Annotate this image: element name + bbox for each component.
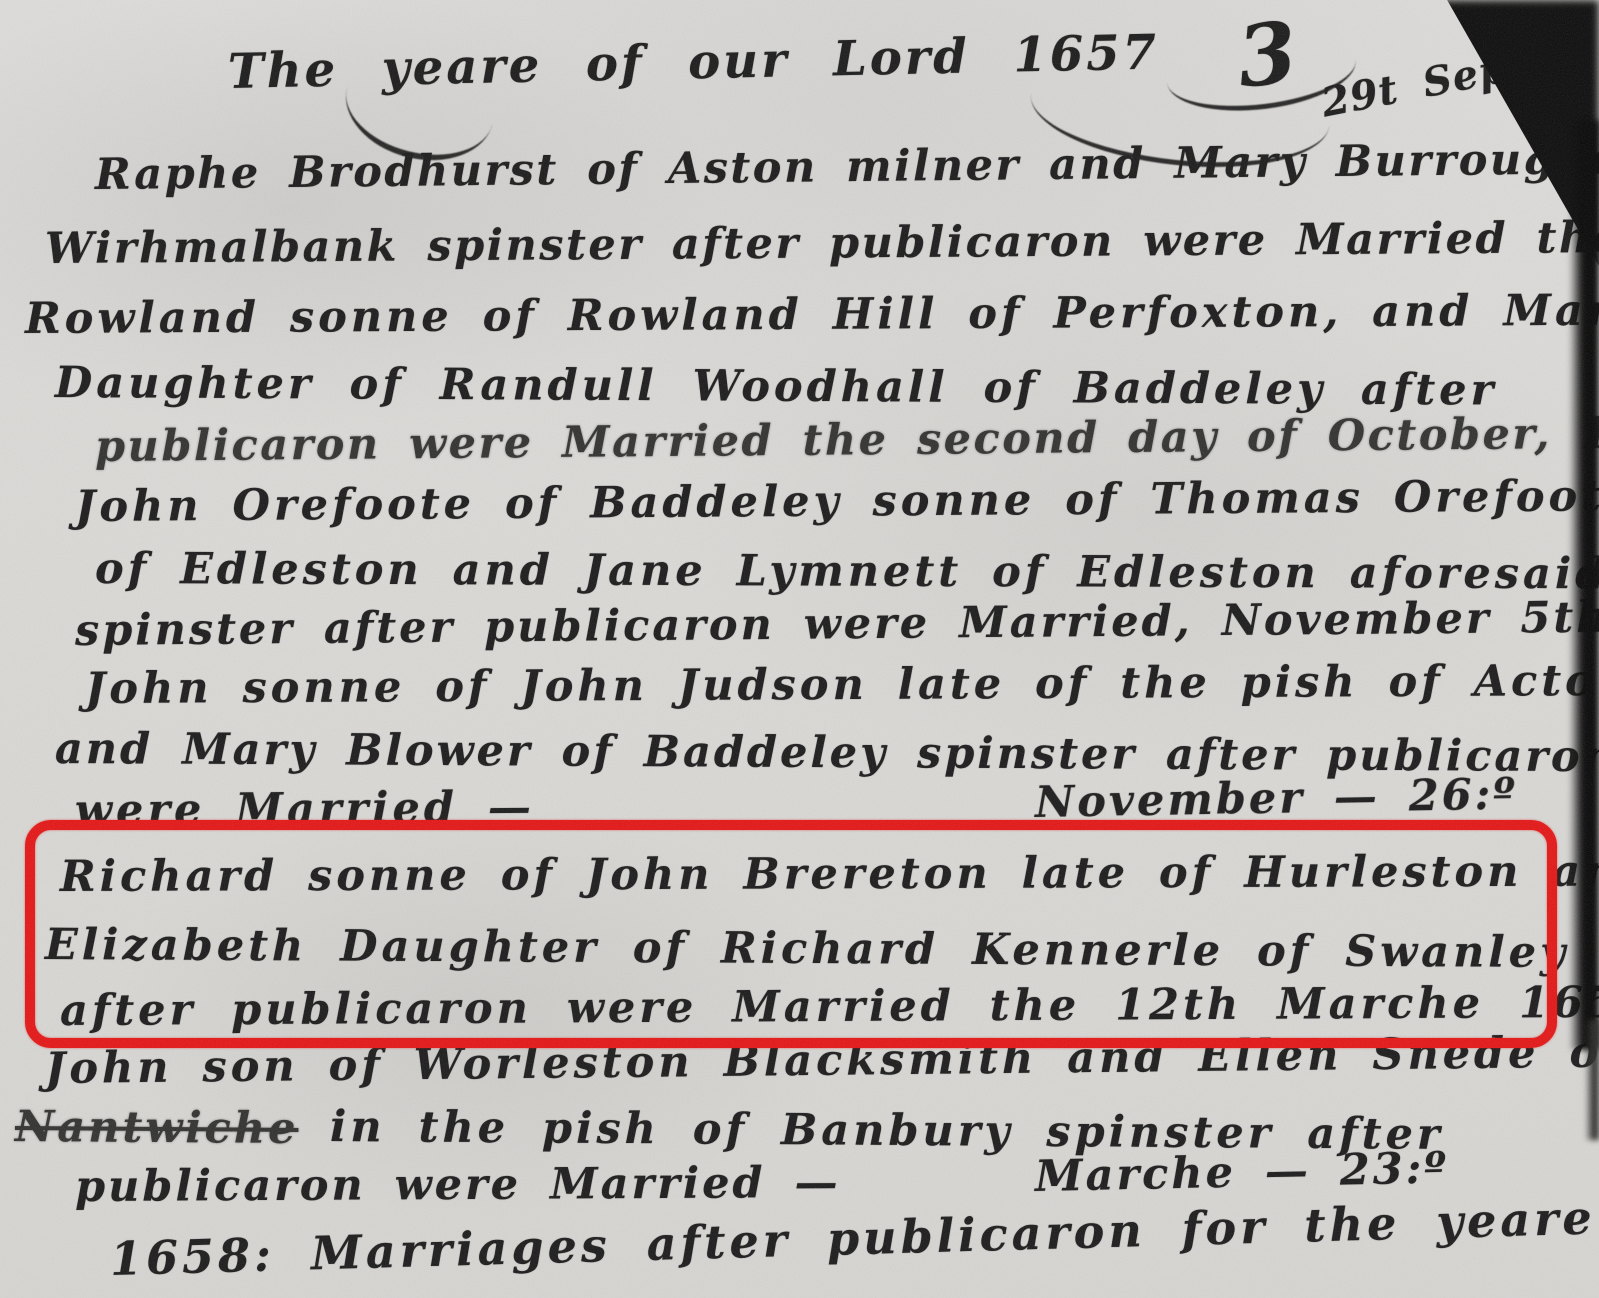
manuscript-line: of Edleston and Jane Lymnett of Edleston… [95, 544, 1599, 599]
page-edge-shadow [1569, 120, 1599, 1050]
manuscript-page: The yeare of our Lord 1657 3 29t Sept Ra… [0, 0, 1599, 1298]
manuscript-line: John Orefoote of Baddeley sonne of Thoma… [75, 471, 1599, 532]
highlight-annotation-box [25, 820, 1557, 1048]
manuscript-line: publicaron were Married the second day o… [95, 408, 1599, 472]
manuscript-line: Raphe Brodhurst of Aston milner and Mary… [95, 133, 1599, 200]
page-edge-shadow-lower [1585, 1020, 1599, 1140]
manuscript-line: John sonne of John Judson late of the pi… [85, 656, 1599, 714]
manuscript-line: Wirhmalbank spinster after publicaron we… [45, 213, 1599, 274]
ink-layer: The yeare of our Lord 1657 3 29t Sept Ra… [0, 0, 1599, 1298]
manuscript-line: Rowland sonne of Rowland Hill of Perfoxt… [25, 286, 1599, 344]
manuscript-line: spinster after publicaron were Married, … [75, 593, 1599, 656]
struck-word: Nantwiche [15, 1102, 299, 1154]
manuscript-line-date: Marche — 23:º [1034, 1143, 1449, 1202]
manuscript-line: publicaron were Married — [75, 1158, 841, 1212]
manuscript-line: Daughter of Randull Woodhall of Baddeley… [55, 358, 1498, 416]
